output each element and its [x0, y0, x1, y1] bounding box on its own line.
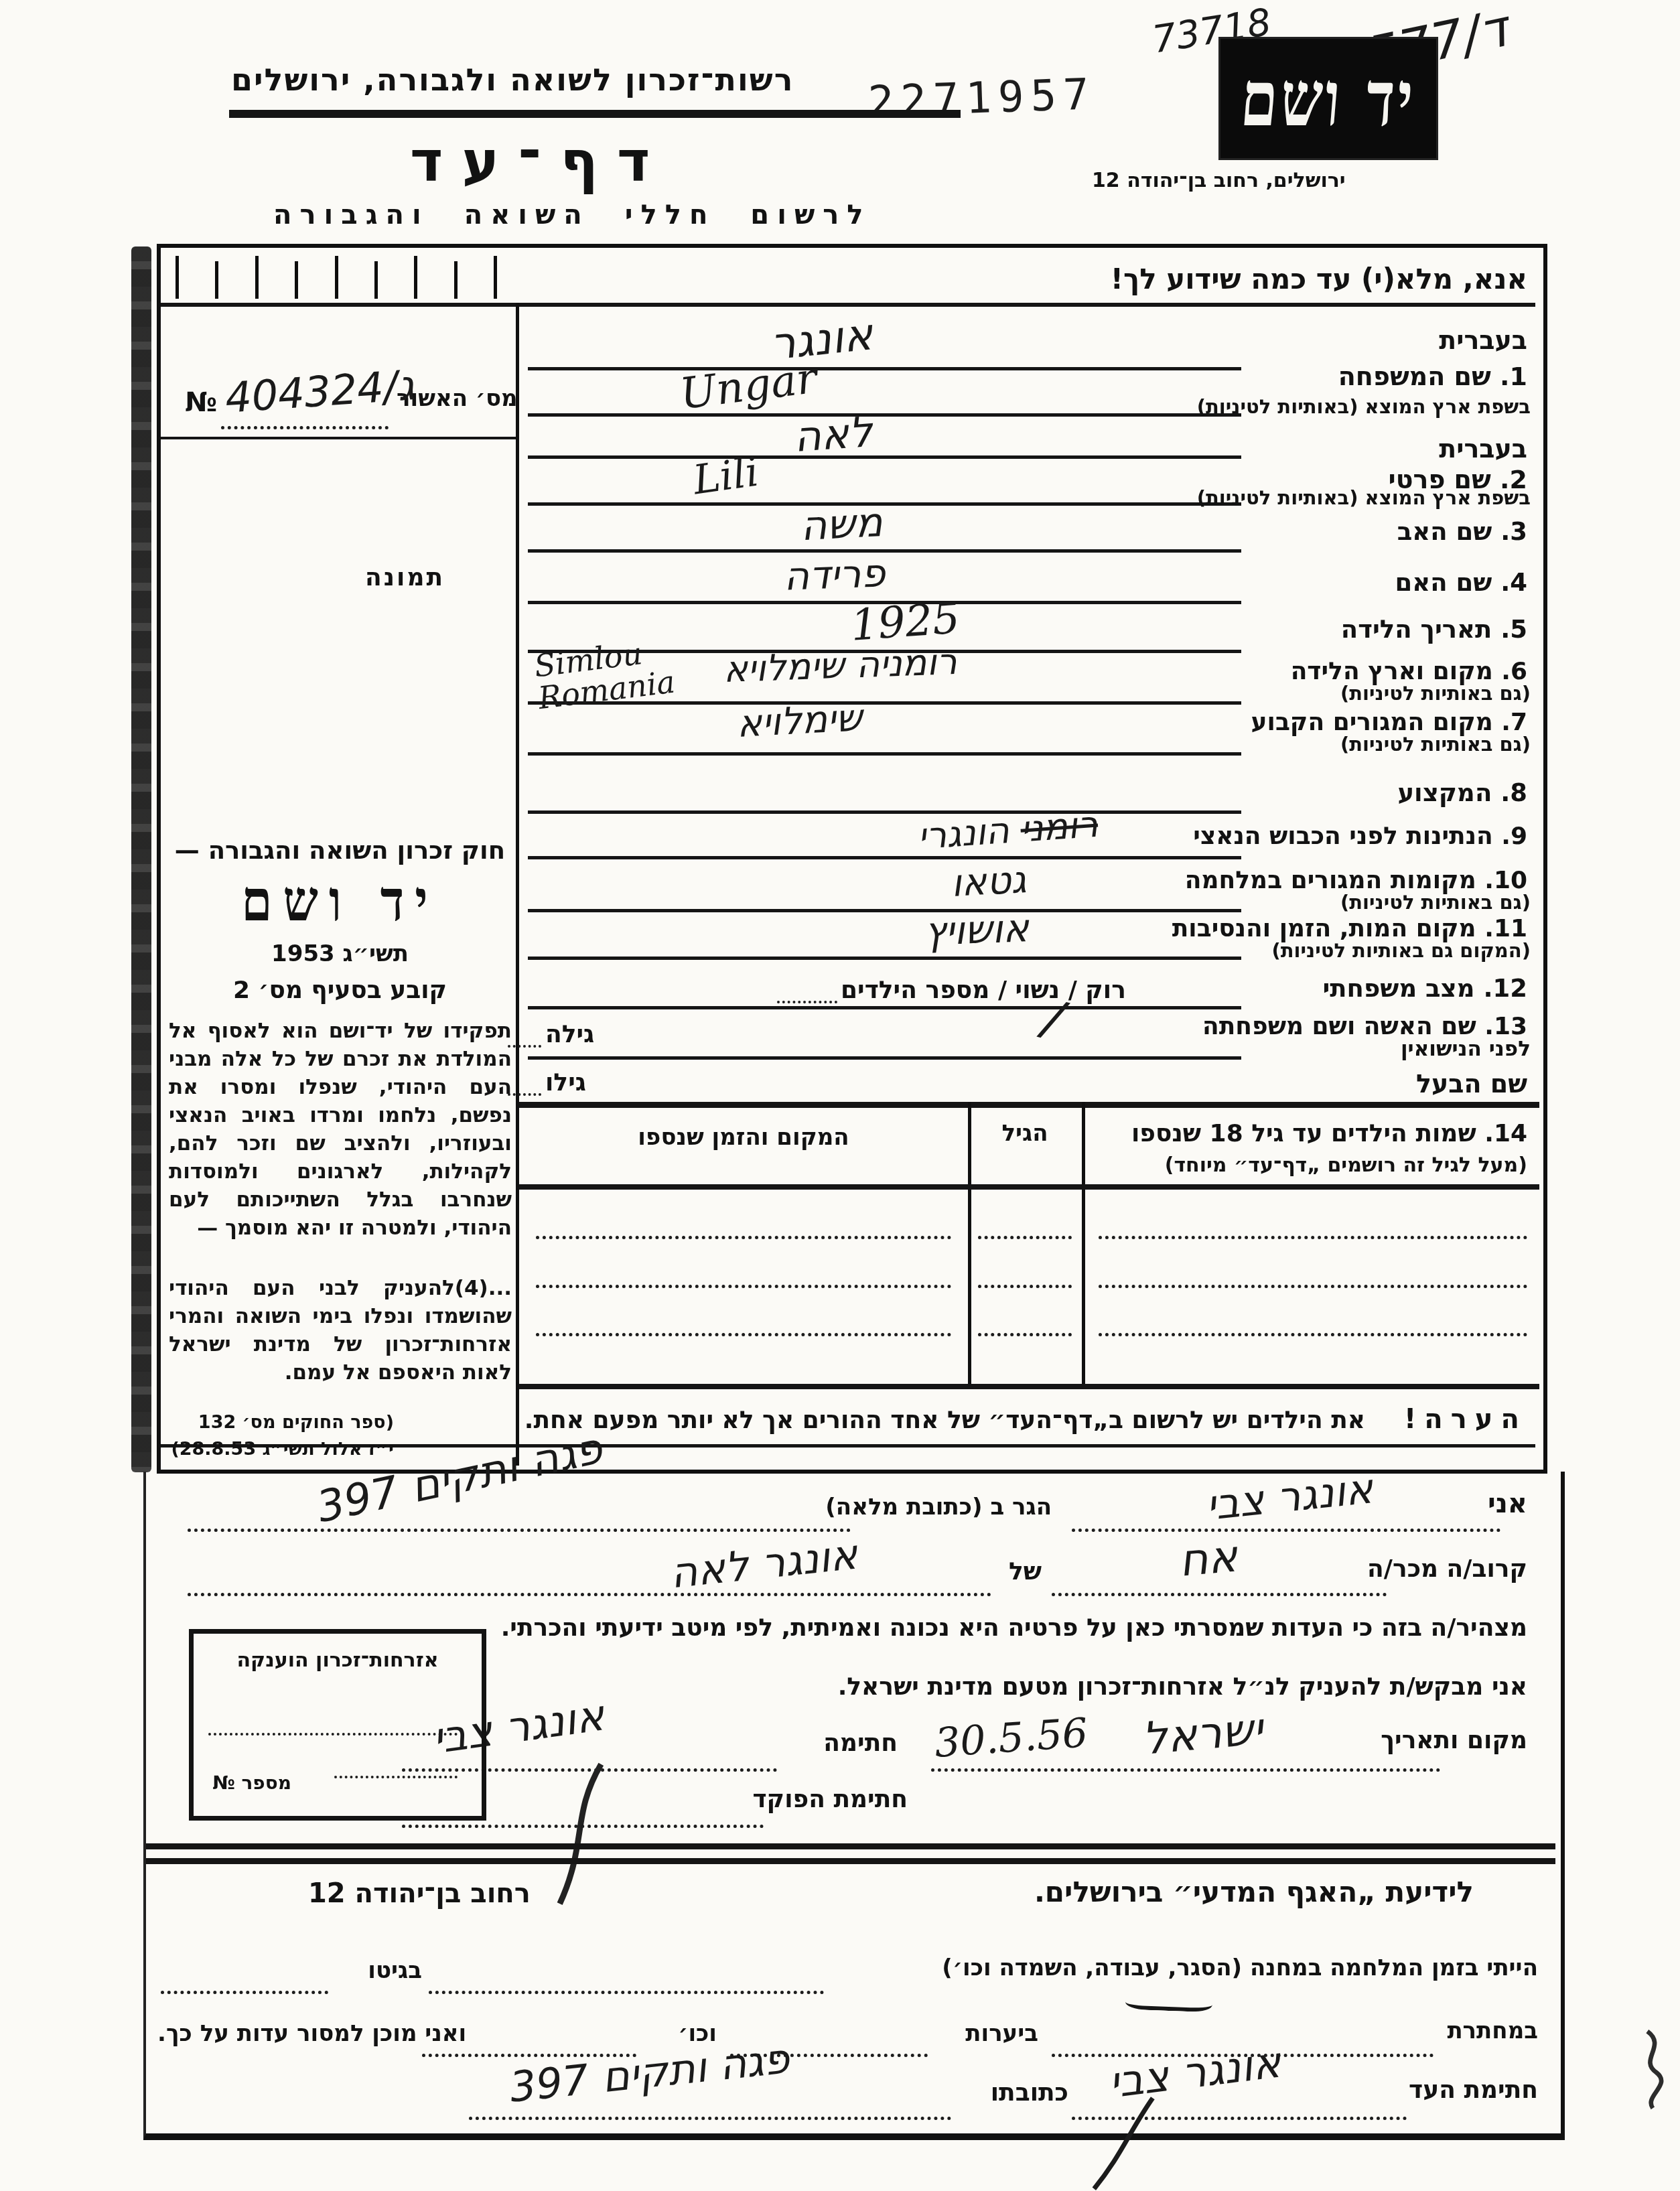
place-date-line — [931, 1768, 1440, 1772]
law-reference-1: (ספר החוקים מס׳ 132 — [173, 1412, 394, 1433]
her-age-label: גילה — [545, 1021, 594, 1048]
field-10-value: גטאו — [950, 858, 1027, 906]
her-age-dots — [508, 1045, 541, 1048]
note-text: את הילדים יש לרשום ב„דף־העד״ של אחד ההור… — [524, 1407, 1365, 1434]
field-3-value: משה — [799, 499, 884, 550]
signature-label: חתימה — [823, 1729, 898, 1757]
citizenship-stamp-number-label: מספר № — [212, 1772, 291, 1794]
field-line — [528, 367, 1241, 370]
testify-label: ואני מוכן למסור עדות על כך. — [157, 2020, 466, 2047]
field-9-label: 9. הנתינות לפני הכבוש הנאצי — [1193, 823, 1527, 850]
field-2-value-hebrew: לאה — [792, 407, 874, 462]
children-table-col-place: המקום והזמן שנספו — [519, 1124, 968, 1151]
field-1-label: 1. שם המשפחה — [1338, 362, 1527, 391]
citizenship-stamp-box: אזרחות־זכרון הוענקה מספר № — [189, 1629, 486, 1821]
fill-prompt: אנא, מלא(י) עד כמה שידוע לך! — [1111, 263, 1527, 295]
field-line — [528, 810, 1241, 814]
field-11-label: 11. מקום המות, הזמן והנסיבות — [1172, 915, 1527, 942]
org-title: רשות־זכרון לשואה ולגבורה, ירושלים — [231, 62, 794, 98]
field-line — [528, 909, 1241, 912]
field-8-label: 8. המקצוע — [1397, 778, 1527, 807]
children-table-divider-2 — [1082, 1102, 1085, 1389]
field-1-sub-label: בשפת ארץ המוצא (באותיות לטיניות) — [1197, 395, 1531, 418]
field-2-value-latin: Lili — [691, 449, 762, 504]
field-6-value-latin: Simlou Romania — [533, 634, 677, 714]
form-title: דף־עד — [410, 129, 669, 194]
field-1-pre-label: בעברית — [1439, 326, 1527, 355]
field-2-pre-label: בעברית — [1439, 434, 1527, 464]
scan-edge-artifact — [131, 246, 151, 1472]
field-9-value-struck: רומני — [1019, 803, 1099, 851]
children-row-2-name — [1099, 1285, 1527, 1288]
his-age-dots — [508, 1093, 541, 1096]
field-6-sub-label: (גם באותיות לטיניות) — [1340, 682, 1531, 705]
daf-ed-testimony-page: 73718 577/ד יד ושם 2271957 ירושלים, רחוב… — [0, 0, 1680, 2191]
field-9-value-kept: הונגרי — [916, 809, 1010, 857]
field-13-label: 13. שם האשה ושם משפחתה — [1202, 1013, 1527, 1040]
prompt-underline — [161, 303, 1535, 307]
law-logo-text: יד ושם — [171, 867, 509, 934]
field-11-value: אושויץ — [924, 905, 1030, 954]
law-header: חוק זכרון השואה והגבורה — — [171, 836, 509, 865]
field-2-sub-label: בשפת ארץ המוצא (באותיות לטיניות) — [1197, 486, 1531, 509]
children-table-col-age: הגיל — [968, 1120, 1082, 1147]
citizenship-stamp-number-line — [334, 1776, 458, 1778]
camps-line — [429, 1991, 824, 1994]
children-table-header-underline — [519, 1184, 1539, 1190]
official-signature-label: חתימת הפוקד — [752, 1786, 908, 1813]
children-row-2-age — [978, 1285, 1072, 1288]
org-title-underline — [229, 110, 961, 118]
declaration-statement: מצהיר/ה בזה כי העדות שמסרתי כאן על פרטיה… — [501, 1614, 1527, 1642]
place-date-label: מקום ותאריך — [1381, 1727, 1527, 1754]
field-12-options: רוק / נשוי / מספר הילדים — [841, 977, 1126, 1004]
law-year: תשי״ג 1953 — [171, 940, 509, 967]
children-table-bottom-border — [519, 1384, 1539, 1389]
declaration-request: אני מבקש/ת להעניק לנ״ל אזרחות־זכרון מטעם… — [838, 1673, 1527, 1701]
photo-placeholder-label: תמונה — [365, 564, 445, 591]
children-row-1-place — [536, 1236, 951, 1239]
left-column-divider — [516, 303, 519, 1466]
children-row-3-name — [1099, 1333, 1527, 1336]
yad-vashem-logo-stamp: יד ושם — [1220, 39, 1436, 158]
witness-signature-tail-stroke — [1085, 2097, 1166, 2190]
field-line — [528, 413, 1241, 417]
witness-address-label: כתובתו — [991, 2079, 1068, 2107]
his-age-label: גילו — [545, 1069, 586, 1097]
children-row-1-age — [978, 1236, 1072, 1239]
citizenship-stamp-line — [208, 1733, 458, 1736]
field-line — [528, 856, 1241, 859]
relation-line — [1052, 1593, 1387, 1596]
children-row-3-age — [978, 1333, 1072, 1336]
bottom-heading-address: רחוב בן־יהודה 12 — [308, 1878, 531, 1909]
witness-address-line — [469, 2117, 951, 2120]
field-5-label: 5. תאריך הלידה — [1341, 615, 1527, 644]
corner-pen-mark — [1634, 2030, 1675, 2110]
forests-label: ביערות — [965, 2020, 1038, 2047]
underground-label: במחתרת — [1447, 2018, 1538, 2044]
field-line — [528, 1056, 1241, 1060]
yad-vashem-logo-text: יד ושם — [1238, 53, 1419, 145]
field-10-sub-label: (גם באותיות לטיניות) — [1340, 891, 1531, 914]
field-3-label: 3. שם האב — [1397, 517, 1527, 546]
children-table-subtitle: (מעל לגיל זה רושמים „דף־עד״ מיוחד) — [1165, 1153, 1527, 1177]
field-4-label: 4. שם האם — [1395, 568, 1527, 597]
section-separator-line-1 — [146, 1843, 1555, 1849]
numero-sign: № — [185, 387, 217, 418]
ghetto-line — [161, 1991, 328, 1994]
field-12-options-dots — [777, 1001, 837, 1003]
field-6-label: 6. מקום וארץ הלידה — [1291, 658, 1527, 685]
calibration-ticks — [176, 256, 497, 299]
field-line — [528, 455, 1241, 459]
law-reference-2: י״ז אלול תשי״ג 28.8.53) — [173, 1439, 394, 1460]
declarant-i-label: אני — [1488, 1488, 1527, 1519]
law-text-paragraph-1: תפקידו של יד־ושם הוא לאסוף אל המולדת את … — [169, 1017, 512, 1242]
field-11-sub-label: (המקום גם באותיות לטיניות) — [1272, 939, 1531, 962]
office-address-line: ירושלים, רחוב בן־יהודה 12 — [1092, 169, 1346, 192]
camps-label: הייתי בזמן המלחמה במחנה (הסגר, עבודה, הש… — [942, 1955, 1538, 1981]
law-clause-line: קובע בסעיף מס׳ 2 — [171, 977, 509, 1004]
ghetto-label: בגיטו — [368, 1957, 422, 1984]
relation-label: קרוב/ה מכר/ה — [1367, 1555, 1527, 1583]
field-line — [528, 752, 1241, 756]
children-table-top-border — [519, 1102, 1539, 1108]
residing-at-label: הגר ב (כתובת מלאה) — [825, 1494, 1052, 1521]
citizenship-stamp-title: אזרחות־זכרון הוענקה — [194, 1648, 482, 1672]
field-6-value-hebrew: רומניה שימלויא — [723, 640, 958, 691]
relation-value: אח — [1177, 1530, 1240, 1586]
law-text-paragraph-2: ...(4)להעניק לבני העם היהודי שהושמדו ונפ… — [169, 1274, 512, 1387]
of-label: של — [1009, 1558, 1042, 1585]
serial-number-stamp: 2271957 — [867, 70, 1097, 127]
form-subtitle: לרשום חללי השואה והגבורה — [273, 200, 871, 230]
field-line — [528, 1006, 1241, 1009]
children-row-3-place — [536, 1333, 951, 1336]
witness-signature-label: חתימת העד — [1409, 2076, 1538, 2104]
field-10-label: 10. מקומות המגורים במלחמה — [1185, 867, 1527, 894]
place-value: ישראל — [1140, 1703, 1265, 1764]
field-7-value: שימלויא — [736, 696, 863, 746]
declarant-name-line — [1072, 1529, 1500, 1532]
children-table-title: 14. שמות הילדים עד גיל 18 שנספו — [1131, 1120, 1527, 1147]
signature-flourish-stroke — [529, 1760, 630, 1908]
field-4-value: פרידה — [783, 550, 886, 599]
victim-name-line — [188, 1593, 991, 1596]
bottom-heading: לידיעת „האגף המדעי״ בירושלים. — [1034, 1876, 1474, 1908]
field-12-label: 12. מצב משפחתי — [1322, 974, 1527, 1003]
field-13-sub-label: לפני הנישואין — [1401, 1037, 1531, 1061]
children-row-2-place — [536, 1285, 951, 1288]
certificate-row-underline — [161, 437, 516, 439]
field-line — [528, 957, 1241, 960]
declarant-address-line — [188, 1529, 851, 1532]
field-7-sub-label: (גם באותיות לטיניות) — [1340, 733, 1531, 756]
section-separator-line-2 — [146, 1858, 1555, 1864]
official-signature-line — [402, 1825, 764, 1828]
certificate-number-line — [221, 426, 389, 429]
husband-name-label: שם הבעל — [1416, 1069, 1527, 1099]
note-label: הערה! — [1404, 1404, 1527, 1435]
field-7-label: 7. מקום המגורים הקבוע — [1251, 709, 1527, 736]
field-line — [528, 502, 1241, 506]
children-row-1-name — [1099, 1236, 1527, 1239]
